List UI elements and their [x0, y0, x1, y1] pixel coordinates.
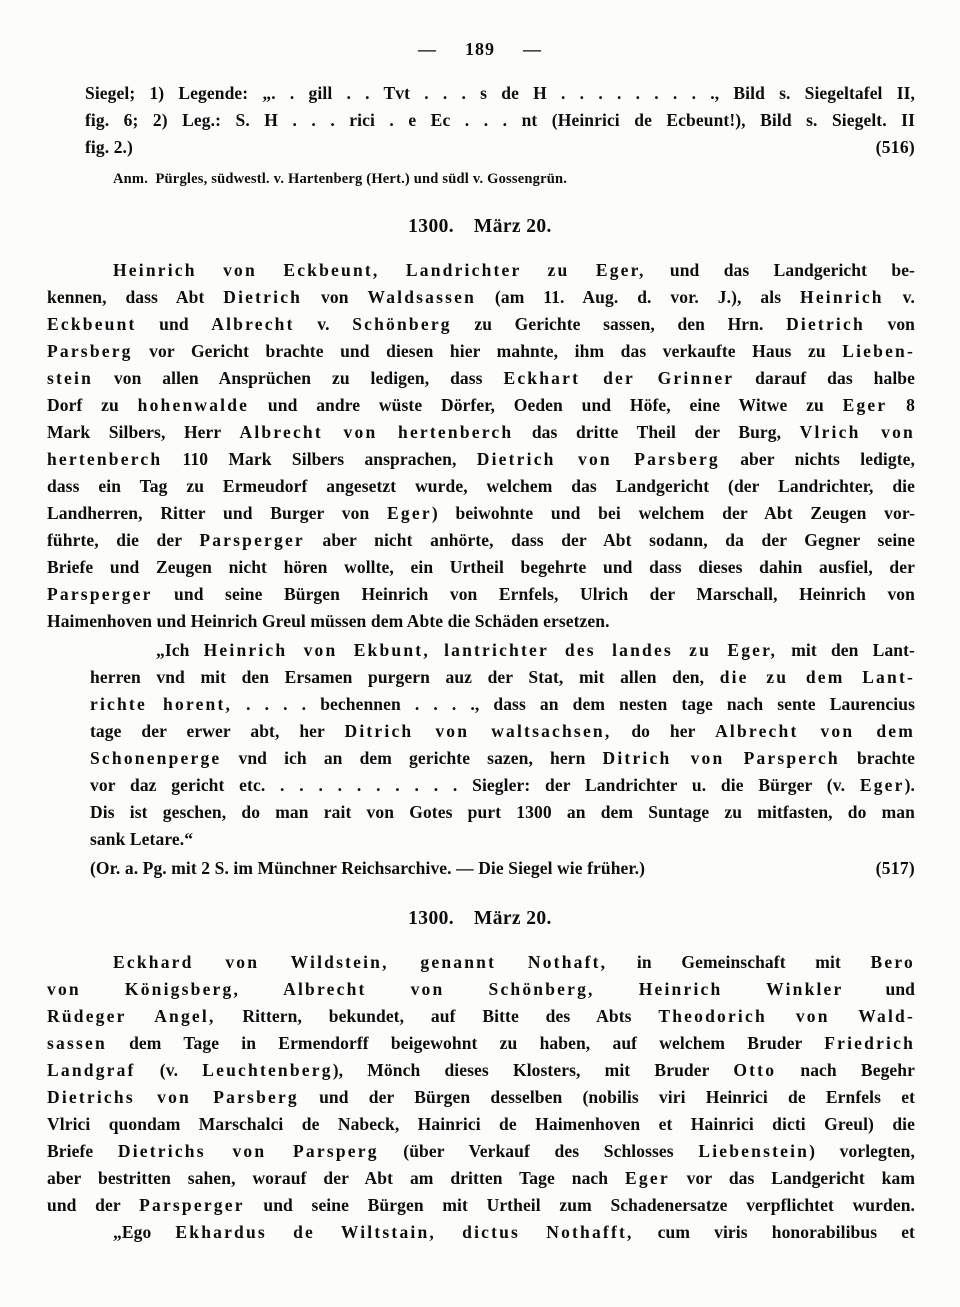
line-content: Parsperger und seine Bürgen Heinrich von… — [47, 584, 915, 604]
text-segment: und — [137, 314, 212, 334]
text-segment: „Ich — [156, 640, 204, 660]
line-content: kennen, dass Abt Dietrich von Waldsassen… — [47, 287, 915, 307]
line-content: und der Parsperger und seine Bürgen mit … — [47, 1195, 915, 1215]
text-line: Eckbeunt und Albrecht v. Schönberg zu Ge… — [47, 311, 915, 338]
text-segment: fig. 2.) — [85, 137, 133, 157]
letterspaced-name-segment: Otto — [733, 1060, 776, 1080]
quote-paragraph: „Ich Heinrich von Ekbunt, lantrichter de… — [90, 637, 915, 853]
line-content: Mark Silbers, Herr Albrecht von hertenbe… — [47, 422, 915, 442]
text-line: Heinrich von Eckbeunt, Landrichter zu Eg… — [47, 257, 915, 284]
text-segment: tage der erwer abt, her — [90, 721, 345, 741]
text-segment: . . . . bechennen . . . ., dass an dem n… — [232, 694, 915, 714]
text-line: richte horent, . . . . bechennen . . . .… — [90, 691, 915, 718]
letterspaced-name-segment: stein — [47, 368, 93, 388]
line-content: Dis ist geschen, do man rait von Gotes p… — [90, 802, 915, 822]
date-heading: 1300. März 20. — [0, 907, 960, 931]
letterspaced-name-segment: Liebenstein — [698, 1141, 809, 1161]
entry-number: (517) — [876, 855, 915, 882]
line-content: Schonenperge vnd ich an dem gerichte saz… — [90, 748, 915, 768]
text-line: führte, die der Parsperger aber nicht an… — [47, 527, 915, 554]
letterspaced-name-segment: Rüdeger Angel, — [47, 1006, 216, 1026]
line-content: Siegel; 1) Legende: „. . gill . . Tvt . … — [85, 83, 915, 103]
line-content: Briefe Dietrichs von Parsperg (über Verk… — [47, 1141, 915, 1161]
text-segment: aber nicht anhörte, dass der Abt sodann,… — [305, 530, 915, 550]
text-line: Briefe und Zeugen nicht hören wollte, ei… — [47, 554, 915, 581]
annotation-line: Anm. Pürgles, südwestl. v. Hartenberg (H… — [113, 169, 915, 190]
text-line: Parsperger und seine Bürgen Heinrich von… — [47, 581, 915, 608]
text-line: kennen, dass Abt Dietrich von Waldsassen… — [47, 284, 915, 311]
text-segment: ). — [905, 775, 915, 795]
text-segment: von allen Ansprüchen zu ledigen, dass — [93, 368, 503, 388]
text-segment: (über Verkauf des Schlosses — [379, 1141, 699, 1161]
line-content: führte, die der Parsperger aber nicht an… — [47, 530, 915, 550]
text-line: Landgraf (v. Leuchtenberg), Mönch dieses… — [47, 1057, 915, 1084]
letterspaced-name-segment: Albrecht von dem — [715, 721, 915, 741]
letterspaced-name-segment: Eger — [860, 775, 905, 795]
text-line: hertenberch 110 Mark Silbers ansprachen,… — [47, 446, 915, 473]
text-line: stein von allen Ansprüchen zu ledigen, d… — [47, 365, 915, 392]
date-heading: 1300. März 20. — [0, 215, 960, 239]
text-segment: aber nichts ledigte, — [720, 449, 915, 469]
letterspaced-name-segment: Eger — [625, 1168, 670, 1188]
letterspaced-name-segment: Dietrich von Parsberg — [477, 449, 720, 469]
text-line: Vlrici quondam Marschalci de Nabeck, Hai… — [47, 1111, 915, 1138]
text-segment: und der — [47, 1195, 139, 1215]
line-content: hertenberch 110 Mark Silbers ansprachen,… — [47, 449, 915, 469]
text-line: Dietrichs von Parsberg und der Bürgen de… — [47, 1084, 915, 1111]
letterspaced-name-segment: von Königsberg, Albrecht von Schönberg, … — [47, 979, 844, 999]
text-segment: Vlrici quondam Marschalci de Nabeck, Hai… — [47, 1114, 915, 1134]
line-content: Dorf zu hohenwalde und andre wüste Dörfe… — [47, 395, 915, 415]
line-content: Vlrici quondam Marschalci de Nabeck, Hai… — [47, 1114, 915, 1134]
text-segment: herren vnd mit den Ersamen purgern auz d… — [90, 667, 720, 687]
text-segment: Mark Silbers, Herr — [47, 422, 240, 442]
line-content: sank Letare.“ — [90, 829, 193, 849]
text-segment — [430, 640, 444, 660]
letterspaced-name-segment: richte horent, — [90, 694, 232, 714]
line-content: Heinrich von Eckbeunt, Landrichter zu Eg… — [113, 260, 915, 280]
text-line: von Königsberg, Albrecht von Schönberg, … — [47, 976, 915, 1003]
page-blocks: Siegel; 1) Legende: „. . gill . . Tvt . … — [0, 80, 960, 1246]
text-line: Rüdeger Angel, Rittern, bekundet, auf Bi… — [47, 1003, 915, 1030]
letterspaced-name-segment: Landgraf — [47, 1060, 136, 1080]
line-content: fig. 6; 2) Leg.: S. H . . . rici . e Ec … — [85, 110, 915, 130]
line-content: Eckhard von Wildstein, genannt Nothaft, … — [113, 952, 915, 972]
page-number: 189 — [465, 38, 495, 60]
text-line: Schonenperge vnd ich an dem gerichte saz… — [90, 745, 915, 772]
letterspaced-name-segment: Vlrich von — [800, 422, 915, 442]
line-content: herren vnd mit den Ersamen purgern auz d… — [90, 667, 915, 687]
letterspaced-name-segment: Dietrichs von Parsperg — [118, 1141, 379, 1161]
line-content: Eckbeunt und Albrecht v. Schönberg zu Ge… — [47, 314, 915, 334]
text-line: Landherren, Ritter und Burger von Eger) … — [47, 500, 915, 527]
letterspaced-name-segment: Waldsassen — [367, 287, 476, 307]
text-segment: (v. — [136, 1060, 203, 1080]
scanned-book-page: — 189 — Siegel; 1) Legende: „. . gill . … — [0, 0, 960, 1307]
text-line: Mark Silbers, Herr Albrecht von hertenbe… — [47, 419, 915, 446]
text-segment: v. — [884, 287, 915, 307]
letterspaced-name-segment: Parsperger — [139, 1195, 245, 1215]
text-segment: (Or. a. Pg. mit 2 S. im Münchner Reichsa… — [90, 858, 645, 878]
letterspaced-name-segment: Ekhardus de Wiltstain, dictus Nothafft, — [175, 1222, 633, 1242]
siegel-note-block: Siegel; 1) Legende: „. . gill . . Tvt . … — [85, 80, 915, 161]
text-segment: dem Tage in Ermendorff beigewohnt zu hab… — [107, 1033, 824, 1053]
text-segment: nach Begehr — [776, 1060, 915, 1080]
letterspaced-name-segment: hertenberch — [47, 449, 162, 469]
text-segment: und der Bürgen desselben (nobilis viri H… — [299, 1087, 915, 1107]
text-segment: und seine Bürgen Heinrich von Ernfels, U… — [153, 584, 915, 604]
letterspaced-name-segment: Parsperger — [47, 584, 153, 604]
letterspaced-name-segment: Ditrich von waltsachsen, — [345, 721, 612, 741]
text-segment: 8 — [887, 395, 915, 415]
text-segment: sank Letare.“ — [90, 829, 193, 849]
letterspaced-name-segment: lantrichter des landes zu Eger, — [444, 640, 777, 660]
text-line: Briefe Dietrichs von Parsperg (über Verk… — [47, 1138, 915, 1165]
line-content: Dietrichs von Parsberg und der Bürgen de… — [47, 1087, 915, 1107]
text-line: Dis ist geschen, do man rait von Gotes p… — [90, 799, 915, 826]
text-segment: von — [865, 314, 915, 334]
line-content: fig. 2.) — [85, 134, 133, 161]
text-line: dass ein Tag zu Ermeudorf angesetzt wurd… — [47, 473, 915, 500]
line-content: aber bestritten sahen, worauf der Abt am… — [47, 1168, 915, 1188]
letterspaced-name-segment: Albrecht von hertenberch — [240, 422, 514, 442]
text-segment: Siegel; 1) Legende: „. . gill . . Tvt . … — [85, 83, 915, 103]
letterspaced-name-segment: Ditrich von Parsperch — [603, 748, 840, 768]
text-line: herren vnd mit den Ersamen purgern auz d… — [90, 664, 915, 691]
text-segment: vor daz gericht etc. . . . . . . . . . .… — [90, 775, 860, 795]
header-left-dash: — — [418, 38, 437, 60]
letterspaced-name-segment: Albrecht — [211, 314, 294, 334]
text-line: Siegel; 1) Legende: „. . gill . . Tvt . … — [85, 80, 915, 107]
line-content: Rüdeger Angel, Rittern, bekundet, auf Bi… — [47, 1006, 915, 1026]
letterspaced-name-segment: Heinrich von Eckbeunt, Landrichter zu Eg… — [113, 260, 646, 280]
text-segment: do her — [611, 721, 715, 741]
text-segment: führte, die der — [47, 530, 199, 550]
line-content: dass ein Tag zu Ermeudorf angesetzt wurd… — [47, 476, 915, 496]
text-segment: 110 Mark Silbers ansprachen, — [162, 449, 477, 469]
line-content: Landgraf (v. Leuchtenberg), Mönch dieses… — [47, 1060, 915, 1080]
text-line: „Ego Ekhardus de Wiltstain, dictus Notha… — [47, 1219, 915, 1246]
letterspaced-name-segment: Friedrich — [824, 1033, 915, 1053]
text-line: fig. 6; 2) Leg.: S. H . . . rici . e Ec … — [85, 107, 915, 134]
source-line-block: (Or. a. Pg. mit 2 S. im Münchner Reichsa… — [90, 855, 915, 882]
text-segment: Briefe — [47, 1141, 118, 1161]
letterspaced-name-segment: Lieben- — [842, 341, 915, 361]
text-segment: brachte — [840, 748, 915, 768]
letterspaced-name-segment: die zu dem Lant- — [720, 667, 915, 687]
line-content: Parsberg vor Gericht brachte und diesen … — [47, 341, 915, 361]
text-segment: Briefe und Zeugen nicht hören wollte, ei… — [47, 557, 915, 577]
letterspaced-name-segment: Theodorich von Wald- — [658, 1006, 915, 1026]
text-segment: vor Gericht brachte und diesen hier mahn… — [133, 341, 843, 361]
text-segment: darauf das halbe — [734, 368, 915, 388]
letterspaced-name-segment: Schönberg — [352, 314, 452, 334]
text-segment: ), Mönch dieses Klosters, mit Bruder — [333, 1060, 734, 1080]
letterspaced-name-segment: Heinrich — [800, 287, 884, 307]
text-line: Dorf zu hohenwalde und andre wüste Dörfe… — [47, 392, 915, 419]
line-content: stein von allen Ansprüchen zu ledigen, d… — [47, 368, 915, 388]
text-line: Parsberg vor Gericht brachte und diesen … — [47, 338, 915, 365]
letterspaced-name-segment: Dietrichs von Parsberg — [47, 1087, 299, 1107]
text-line: aber bestritten sahen, worauf der Abt am… — [47, 1165, 915, 1192]
text-segment: fig. 6; 2) Leg.: S. H . . . rici . e Ec … — [85, 110, 915, 130]
line-content: Haimenhoven und Heinrich Greul müssen de… — [47, 611, 610, 631]
line-content: vor daz gericht etc. . . . . . . . . . .… — [90, 775, 915, 795]
text-segment: Landherren, Ritter und Burger von — [47, 503, 387, 523]
text-segment: Rittern, bekundet, auf Bitte des Abts — [216, 1006, 659, 1026]
text-segment: in Gemeinschaft mit — [607, 952, 870, 972]
page-number-header: — 189 — — [0, 38, 960, 60]
letterspaced-name-segment: hohenwalde — [138, 395, 249, 415]
text-segment: das dritte Theil der Burg, — [513, 422, 799, 442]
text-segment: und andre wüste Dörfer, Oeden und Höfe, … — [249, 395, 842, 415]
letterspaced-name-segment: Parsberg — [47, 341, 133, 361]
text-line: „Ich Heinrich von Ekbunt, lantrichter de… — [90, 637, 915, 664]
line-content: richte horent, . . . . bechennen . . . .… — [90, 694, 915, 714]
line-content: (Or. a. Pg. mit 2 S. im Münchner Reichsa… — [90, 855, 645, 882]
text-segment: vnd ich an dem gerichte sazen, hern — [221, 748, 602, 768]
text-segment: ) beiwohnte und bei welchem der Abt Zeug… — [432, 503, 915, 523]
line-content: von Königsberg, Albrecht von Schönberg, … — [47, 979, 915, 999]
letterspaced-name-segment: Bero — [871, 952, 915, 972]
text-segment: Haimenhoven und Heinrich Greul müssen de… — [47, 611, 610, 631]
text-segment: dass ein Tag zu Ermeudorf angesetzt wurd… — [47, 476, 915, 496]
text-segment: cum viris honorabilibus et — [634, 1222, 915, 1242]
text-line: Eckhard von Wildstein, genannt Nothaft, … — [47, 949, 915, 976]
text-segment: Dis ist geschen, do man rait von Gotes p… — [90, 802, 915, 822]
text-segment: Dorf zu — [47, 395, 138, 415]
text-segment: und — [844, 979, 915, 999]
letterspaced-name-segment: Leuchtenberg — [202, 1060, 332, 1080]
text-segment: vor das Landgericht kam — [670, 1168, 915, 1188]
line-content: Briefe und Zeugen nicht hören wollte, ei… — [47, 557, 915, 577]
letterspaced-name-segment: Eger — [843, 395, 888, 415]
letterspaced-name-segment: Parsperger — [199, 530, 305, 550]
text-segment: (am 11. Aug. d. vor. J.), als — [476, 287, 800, 307]
regest-paragraph-518: Eckhard von Wildstein, genannt Nothaft, … — [47, 949, 915, 1246]
header-right-dash: — — [523, 38, 542, 60]
letterspaced-name-segment: Schonenperge — [90, 748, 221, 768]
text-line: sassen dem Tage in Ermendorff beigewohnt… — [47, 1030, 915, 1057]
text-segment: zu Gerichte sassen, den Hrn. — [452, 314, 786, 334]
letterspaced-name-segment: Eckhard von Wildstein, genannt Nothaft, — [113, 952, 607, 972]
text-line: und der Parsperger und seine Bürgen mit … — [47, 1192, 915, 1219]
text-segment: und das Landgericht be- — [646, 260, 915, 280]
letterspaced-name-segment: Eckhart der Grinner — [503, 368, 734, 388]
text-line: vor daz gericht etc. . . . . . . . . . .… — [90, 772, 915, 799]
text-line: Haimenhoven und Heinrich Greul müssen de… — [47, 608, 915, 635]
line-content: „Ich Heinrich von Ekbunt, lantrichter de… — [156, 640, 915, 660]
regest-paragraph-517: Heinrich von Eckbeunt, Landrichter zu Eg… — [47, 257, 915, 635]
text-line: sank Letare.“ — [90, 826, 915, 853]
line-content: „Ego Ekhardus de Wiltstain, dictus Notha… — [113, 1222, 915, 1242]
text-segment: „Ego — [113, 1222, 175, 1242]
text-line: tage der erwer abt, her Ditrich von walt… — [90, 718, 915, 745]
text-segment: ) vorlegten, — [809, 1141, 915, 1161]
text-segment: und seine Bürgen mit Urtheil zum Schaden… — [245, 1195, 915, 1215]
line-content: Landherren, Ritter und Burger von Eger) … — [47, 503, 915, 523]
letterspaced-name-segment: Eckbeunt — [47, 314, 137, 334]
text-segment: v. — [295, 314, 353, 334]
line-content: sassen dem Tage in Ermendorff beigewohnt… — [47, 1033, 915, 1053]
text-line: fig. 2.)(516) — [85, 134, 915, 161]
text-segment: mit den Lant- — [777, 640, 915, 660]
line-content: tage der erwer abt, her Ditrich von walt… — [90, 721, 915, 741]
letterspaced-name-segment: Dietrich — [786, 314, 865, 334]
text-segment: von — [302, 287, 367, 307]
letterspaced-name-segment: Heinrich von Ekbunt, — [204, 640, 430, 660]
letterspaced-name-segment: Eger — [387, 503, 432, 523]
text-segment: kennen, dass Abt — [47, 287, 223, 307]
letterspaced-name-segment: Dietrich — [223, 287, 302, 307]
text-line: (Or. a. Pg. mit 2 S. im Münchner Reichsa… — [90, 855, 915, 882]
entry-number: (516) — [876, 134, 915, 161]
letterspaced-name-segment: sassen — [47, 1033, 107, 1053]
text-segment: aber bestritten sahen, worauf der Abt am… — [47, 1168, 625, 1188]
